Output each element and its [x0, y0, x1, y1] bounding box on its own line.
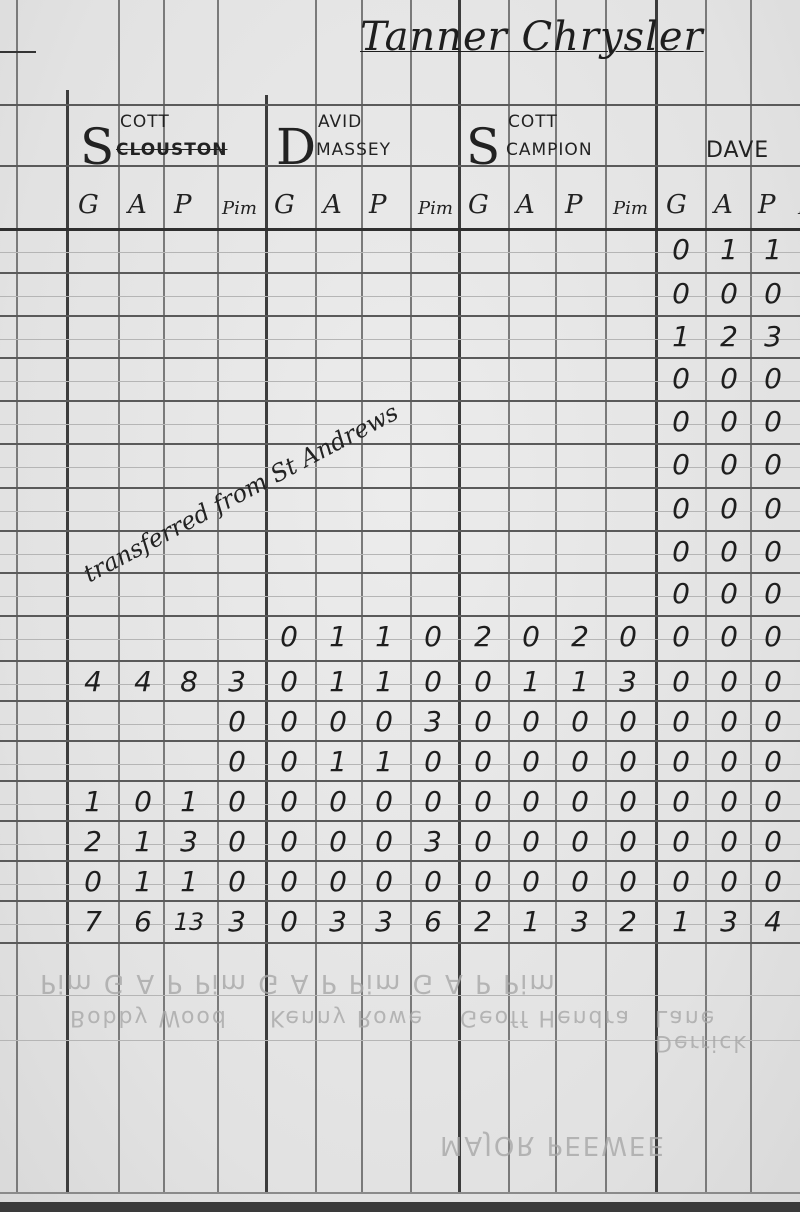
scoresheet-page: Tanner Chrysler S COTT CLOUSTON D AVID M…	[0, 0, 800, 1212]
stat-cell: 1	[361, 617, 407, 657]
stat-cell: 0	[605, 742, 651, 782]
stat-cell: 0	[266, 822, 312, 862]
column-header-p: P	[565, 190, 583, 220]
margin-mark	[0, 51, 36, 53]
stat-cell: 0	[790, 402, 800, 442]
stat-cell: 3	[361, 902, 407, 942]
stat-cell: 2	[460, 617, 506, 657]
column-header-g: G	[78, 190, 99, 220]
stat-cell: 1	[70, 782, 116, 822]
stat-cell: 7	[70, 902, 116, 942]
stat-cell: 0	[706, 532, 752, 572]
player-3-last-name: CAMPION	[506, 140, 593, 160]
stat-cell: 1	[658, 902, 704, 942]
stat-cell: 0	[315, 862, 361, 902]
stat-cell: 0	[605, 702, 651, 742]
column-header-g: G	[468, 190, 489, 220]
stat-cell: 0	[315, 782, 361, 822]
stat-cell: 1	[508, 902, 554, 942]
stat-cell: 0	[605, 822, 651, 862]
stat-cell: 3	[605, 662, 651, 702]
grid-horizontal-line	[0, 942, 800, 944]
stat-cell: 8	[166, 662, 212, 702]
stat-cell: 0	[508, 702, 554, 742]
player-1-initial: S	[80, 118, 114, 176]
stat-cell: 0	[790, 617, 800, 657]
stat-cell: 0	[460, 862, 506, 902]
stat-cell: 0	[460, 662, 506, 702]
stat-cell: 0	[658, 230, 704, 270]
stat-cell: 0	[790, 317, 800, 357]
stat-cell: 0	[605, 617, 651, 657]
stat-cell: 0	[706, 742, 752, 782]
stat-cell: 0	[706, 617, 752, 657]
player-3-first-name: COTT	[508, 112, 558, 132]
stat-cell: 0	[658, 359, 704, 399]
column-header-pim: Pim	[613, 198, 648, 219]
stat-cell: 1	[508, 662, 554, 702]
stat-cell: 0	[266, 662, 312, 702]
stat-cell: 1	[120, 862, 166, 902]
player-2-last-name: MASSEY	[316, 140, 391, 160]
stat-cell: 1	[315, 662, 361, 702]
stat-cell: 1	[315, 617, 361, 657]
stat-cell: 0	[658, 822, 704, 862]
stat-cell: 0	[410, 742, 456, 782]
column-header-a: A	[323, 190, 342, 220]
player-2-first-name: AVID	[318, 112, 362, 132]
stat-cell: 0	[658, 742, 704, 782]
stat-cell: 2	[605, 902, 651, 942]
stat-cell: 1	[166, 782, 212, 822]
stat-cell: 0	[706, 574, 752, 614]
stat-cell: 0	[214, 862, 260, 902]
stat-cell: 0	[460, 822, 506, 862]
column-header-g: G	[274, 190, 295, 220]
grid-horizontal-line	[0, 165, 800, 167]
stat-cell: 0	[706, 822, 752, 862]
stat-cell: 0	[658, 617, 704, 657]
stat-cell: 0	[790, 230, 800, 270]
stat-cell: 0	[790, 489, 800, 529]
stat-cell: 0	[266, 782, 312, 822]
stat-cell: 0	[266, 902, 312, 942]
stat-cell: 0	[790, 862, 800, 902]
player-1-first-name: COTT	[120, 112, 170, 132]
bleed-through-name: Kenny Rowe	[270, 1005, 424, 1030]
stat-cell: 0	[790, 574, 800, 614]
stat-cell: 0	[557, 702, 603, 742]
stat-cell: 0	[706, 782, 752, 822]
stat-cell: 0	[658, 274, 704, 314]
player-2-initial: D	[276, 118, 316, 176]
column-header-p: P	[758, 190, 776, 220]
stat-cell: 0	[557, 782, 603, 822]
column-header-p: P	[174, 190, 192, 220]
column-header-pim: Pim	[418, 198, 453, 219]
column-header-a: A	[714, 190, 733, 220]
stat-cell: 1	[361, 742, 407, 782]
stat-cell: 1	[361, 662, 407, 702]
stat-cell: 2	[460, 902, 506, 942]
column-header-a: A	[128, 190, 147, 220]
bleed-through-name: Geoff Hendra	[460, 1005, 631, 1030]
stat-cell: 0	[790, 445, 800, 485]
stat-cell: 3	[214, 662, 260, 702]
stat-cell: 0	[70, 862, 116, 902]
stat-cell: 0	[658, 862, 704, 902]
column-header-a: A	[516, 190, 535, 220]
stat-cell: 0	[508, 782, 554, 822]
stat-cell: 1	[658, 317, 704, 357]
column-header-pim: Pim	[222, 198, 257, 219]
stat-cell: 0	[315, 702, 361, 742]
stat-cell: 2	[706, 317, 752, 357]
stat-cell: 0	[508, 617, 554, 657]
bleed-through-footer: MAJOR PEEWEE	[440, 1130, 666, 1160]
stat-cell: 0	[508, 822, 554, 862]
transfer-note: transferred from St Andrews	[79, 398, 403, 588]
stat-cell: 0	[266, 617, 312, 657]
grid-horizontal-line	[0, 104, 800, 106]
bleed-through-name: Bobby Wood	[70, 1005, 228, 1030]
stat-cell: 1	[166, 862, 212, 902]
stat-cell: 0	[361, 862, 407, 902]
stat-cell: 1	[120, 822, 166, 862]
stat-cell: 0	[214, 702, 260, 742]
stat-cell: 1	[315, 742, 361, 782]
stat-cell: 0	[790, 274, 800, 314]
stat-cell: 0	[706, 274, 752, 314]
stat-cell: 3	[557, 902, 603, 942]
stat-cell: 0	[557, 742, 603, 782]
stat-cell: 0	[266, 862, 312, 902]
stat-cell: 3	[214, 902, 260, 942]
stat-cell: 0	[658, 702, 704, 742]
stat-cell: 0	[706, 359, 752, 399]
stat-cell: 0	[658, 402, 704, 442]
stat-cell: 2	[557, 617, 603, 657]
stat-cell: 0	[658, 662, 704, 702]
stat-cell: 0	[790, 359, 800, 399]
stat-cell: 0	[361, 702, 407, 742]
stat-cell: 0	[790, 662, 800, 702]
stat-cell: 0	[508, 862, 554, 902]
stat-cell: 1	[706, 230, 752, 270]
player-3-initial: S	[466, 118, 500, 176]
stat-cell: 6	[410, 902, 456, 942]
stat-cell: 0	[361, 782, 407, 822]
stat-cell: 0	[214, 822, 260, 862]
stat-cell: 0	[605, 782, 651, 822]
stat-cell: 0	[790, 822, 800, 862]
player-4-first-name: DAVE	[706, 138, 769, 163]
stat-cell: 4	[120, 662, 166, 702]
stat-cell: 3	[315, 902, 361, 942]
stat-cell: 0	[658, 489, 704, 529]
stat-cell: 0	[706, 702, 752, 742]
stat-cell: 0	[706, 489, 752, 529]
stat-cell: 0	[557, 822, 603, 862]
stat-cell: 0	[508, 742, 554, 782]
team-title: Tanner Chrysler	[360, 14, 704, 60]
stat-cell: 0	[658, 532, 704, 572]
stat-cell: 0	[790, 902, 800, 942]
stat-cell: 0	[790, 702, 800, 742]
stat-cell: 0	[460, 702, 506, 742]
stat-cell: 0	[410, 782, 456, 822]
stat-cell: 0	[706, 402, 752, 442]
stat-cell: 3	[706, 902, 752, 942]
stat-cell: 0	[706, 445, 752, 485]
stat-cell: 0	[361, 822, 407, 862]
stat-cell: 0	[790, 532, 800, 572]
stat-cell: 0	[658, 574, 704, 614]
stat-cell: 0	[214, 742, 260, 782]
column-header-p: P	[369, 190, 387, 220]
stat-cell: 0	[214, 782, 260, 822]
column-header-g: G	[666, 190, 687, 220]
stat-cell: 4	[70, 662, 116, 702]
stat-cell: 0	[266, 702, 312, 742]
stat-cell: 0	[790, 742, 800, 782]
stat-cell: 0	[315, 822, 361, 862]
bleed-through-header: Pim G A P Pim G A P Pim G A P Pim	[40, 968, 557, 998]
stat-cell: 0	[706, 662, 752, 702]
bleed-through-name: Derrick Lane	[655, 1005, 800, 1055]
stat-cell: 0	[410, 617, 456, 657]
stat-cell: 0	[460, 782, 506, 822]
stat-cell: 0	[120, 782, 166, 822]
stat-cell: 3	[410, 822, 456, 862]
stat-cell: 0	[557, 862, 603, 902]
stat-cell: 13	[166, 902, 212, 942]
stat-cell: 0	[605, 862, 651, 902]
grid-vertical-line	[66, 90, 69, 1192]
stat-cell: 0	[658, 782, 704, 822]
stat-cell: 0	[410, 862, 456, 902]
stat-cell: 2	[70, 822, 116, 862]
stat-cell: 0	[790, 782, 800, 822]
stat-cell: 6	[120, 902, 166, 942]
stat-cell: 0	[266, 742, 312, 782]
player-1-last-name: CLOUSTON	[116, 140, 227, 160]
stat-cell: 0	[460, 742, 506, 782]
bottom-rule	[0, 1192, 800, 1194]
page-edge	[0, 1202, 800, 1212]
stat-cell: 3	[166, 822, 212, 862]
stat-cell: 0	[706, 862, 752, 902]
stat-cell: 0	[410, 662, 456, 702]
stat-cell: 3	[410, 702, 456, 742]
stat-cell: 0	[658, 445, 704, 485]
stat-cell: 1	[557, 662, 603, 702]
